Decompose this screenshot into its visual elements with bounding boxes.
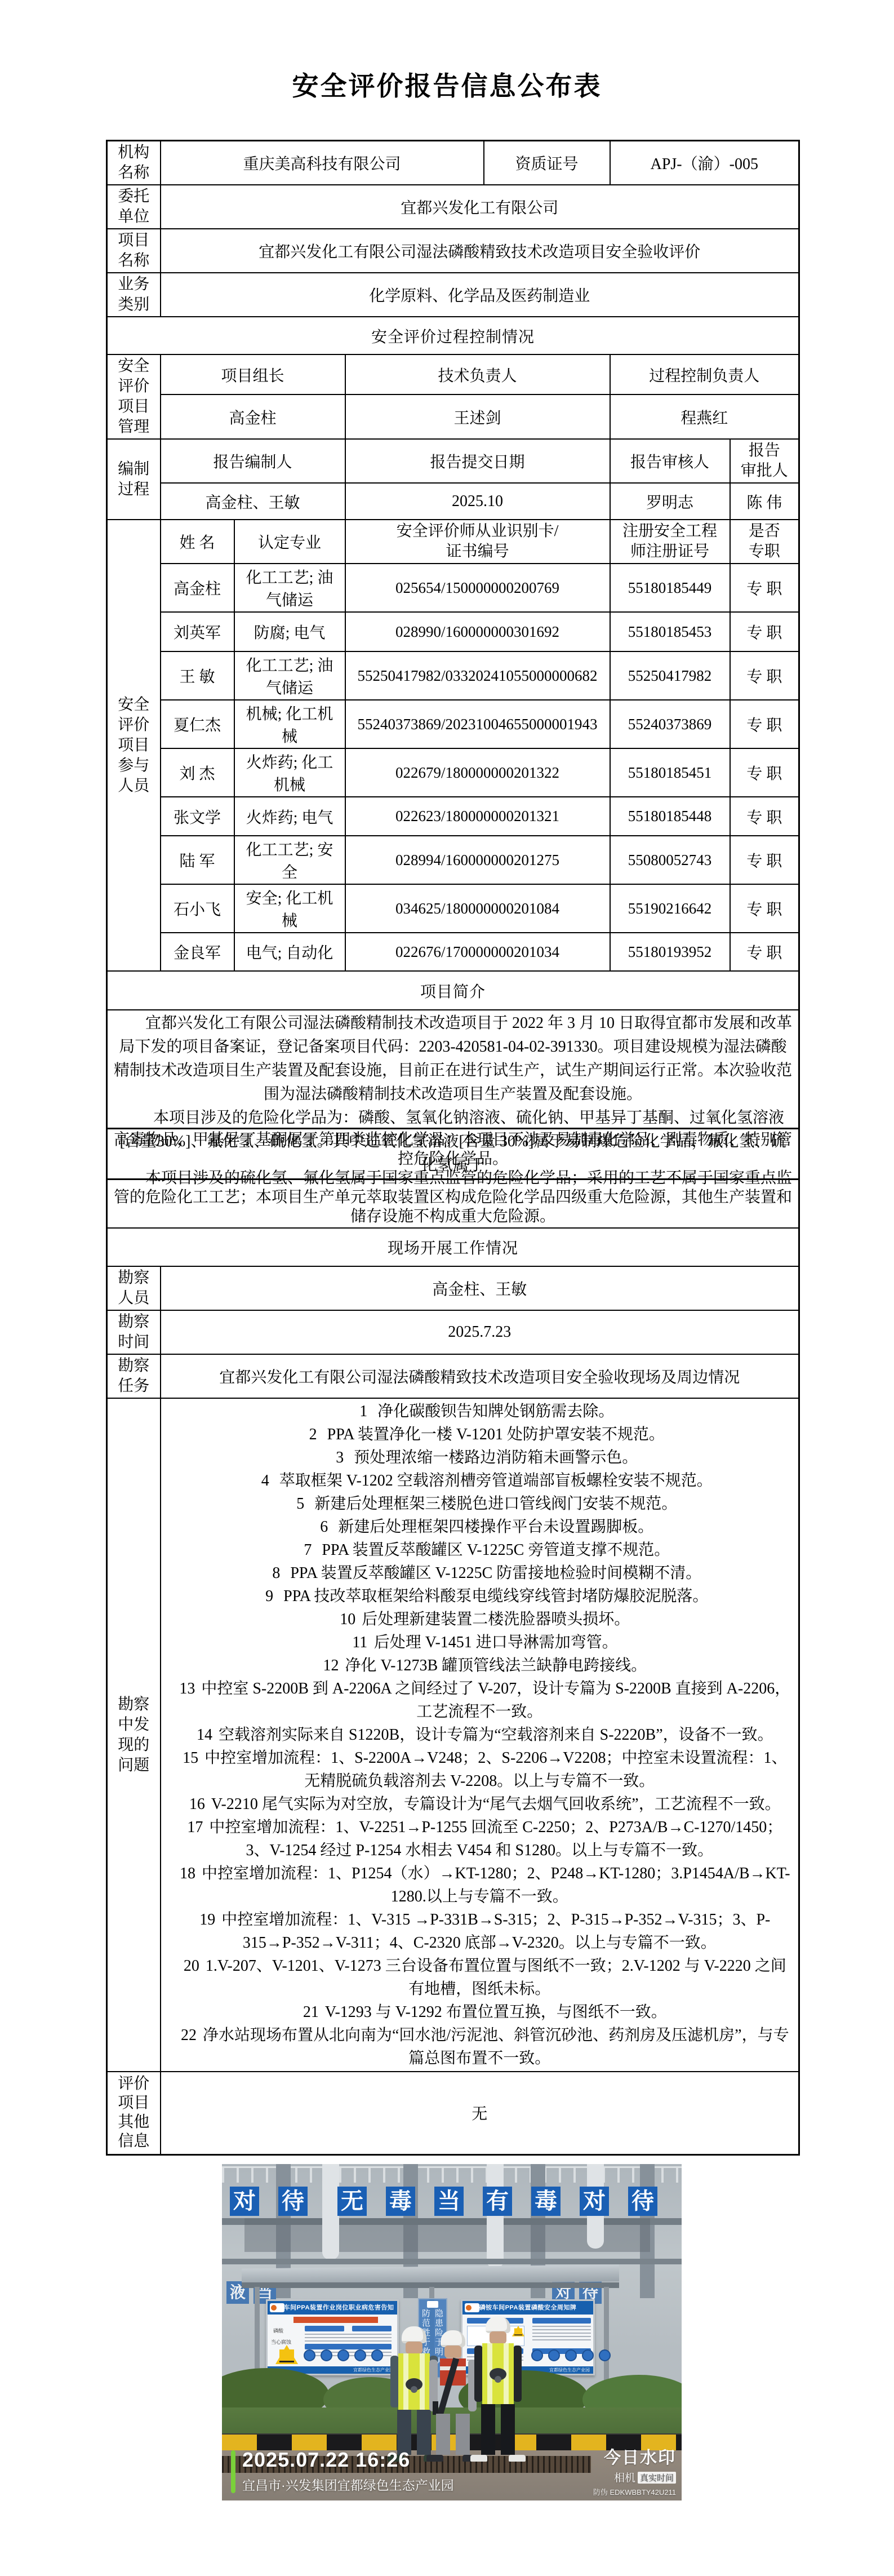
table-row: 勘察 任务 宜都兴发化工有限公司湿法磷酸精致技术改造项目安全验收现场及周边情况 (107, 1354, 799, 1398)
banner-char-tile: 对 (230, 2187, 259, 2216)
other-info-label: 评价 项目 其他 信息 (107, 2072, 161, 2154)
table-row: 委托 单位 宜都兴发化工有限公司 (107, 185, 799, 229)
problem-item: 8PPA 装置反萃酸罐区 V-1225C 防雷接地检验时间模糊不清。 (166, 1562, 794, 1585)
participant-reg: 55180185448 (610, 797, 730, 836)
problem-text: 中控室增加流程：1、V-2251→P-1255 回流至 C-2250；2、P27… (209, 1819, 782, 1859)
participant-major: 电气; 自动化 (234, 933, 345, 971)
participant-card: 034625/180000000201084 (345, 884, 610, 933)
board-right-title-text: 磷铵车间PPA装置磷酸安全周知牌 (479, 2304, 577, 2311)
participant-name: 刘英军 (161, 612, 234, 651)
header-name: 姓 名 (161, 520, 234, 564)
problem-text: V-2210 尾气实际为对空放，专篇设计为“尾气去烟气回收系统”，工艺流程不一致… (211, 1795, 781, 1813)
ppe-icon (321, 2349, 332, 2361)
watermark-badge: 真实时间 (638, 2472, 676, 2484)
problems-label: 勘察 中发 现的 问题 (107, 1398, 161, 2072)
problem-text: 中控室 S-2200B 到 A-2206A 之间经过了 V-207，设计专篇为 … (201, 1680, 790, 1721)
problem-number: 14 (186, 1723, 219, 1746)
val-date: 2025.10 (345, 483, 610, 520)
header-reg: 注册安全工程 师注册证号 (610, 520, 730, 564)
problem-item: 11后处理 V-1451 进口导淋需加弯管。 (166, 1631, 794, 1654)
survey-time-label: 勘察 时间 (107, 1310, 161, 1354)
participant-name: 王 敏 (161, 651, 234, 700)
leg (456, 2414, 470, 2455)
intro-p3: 高毒物品，甲基异丁基酮属于第四类监控化学品；本项目不涉及易制毒化学品、剧毒物质、… (112, 1130, 794, 1169)
company-logo-icon (427, 2301, 438, 2308)
participants-header-row: 安全 评价 项目 参与 人员 姓 名 认定专业 安全评价师从业识别卡/ 证书编号… (107, 520, 799, 564)
leg (436, 2414, 450, 2455)
banner-char-tile: 毒 (531, 2187, 561, 2216)
val-leader: 高金柱 (161, 394, 345, 439)
biz-type-value: 化学原料、化学品及医药制造业 (161, 273, 799, 317)
face (444, 2346, 461, 2358)
ppe-icon (599, 2349, 611, 2361)
problem-number: 17 (176, 1816, 209, 1839)
steel-beam (222, 2259, 682, 2264)
participant-major: 化工工艺; 油气储运 (234, 651, 345, 700)
problem-text: 空载溶剂实际来自 S1220B，设计专篇为“空载溶剂来自 S-2220B”，设备… (219, 1726, 773, 1744)
table-row: 机构 名称 重庆美高科技有限公司 资质证号 APJ-（渝）-005 (107, 141, 799, 185)
problem-text: 预处理浓缩一楼路边消防箱未画警示色。 (354, 1449, 638, 1466)
ppe-icon (548, 2349, 560, 2361)
table-row: 高金柱 王述剑 程燕红 (107, 394, 799, 439)
participant-fulltime: 专 职 (730, 700, 799, 748)
problem-text: 萃取框架 V-1202 空载溶剂槽旁管道端部盲板螺栓安装不规范。 (279, 1472, 713, 1489)
participant-card: 025654/150000000200769 (345, 564, 610, 612)
arm (474, 2346, 483, 2402)
problem-item: 14空载溶剂实际来自 S1220B，设计专篇为“空载溶剂来自 S-2220B”，… (166, 1723, 794, 1746)
ppe-icon (531, 2349, 543, 2361)
participant-card: 022679/180000000201322 (345, 748, 610, 797)
shoe (509, 2455, 526, 2462)
problem-item: 18中控室增加流程：1、P1254（水）→KT-1280；2、P248→KT-1… (166, 1862, 794, 1908)
problem-number: 2 (295, 1423, 327, 1446)
participant-card: 55250417982/03320241055000000682 (345, 651, 610, 700)
participant-major: 火炸药; 化工机械 (234, 748, 345, 797)
person-right (471, 2316, 525, 2462)
participant-fulltime: 专 职 (730, 564, 799, 612)
arm (513, 2346, 522, 2402)
header-major: 认定专业 (234, 520, 345, 564)
client-value: 宜都兴发化工有限公司 (161, 185, 799, 229)
watermark-code: 防伪 EDKWBBTY42U211 (593, 2486, 676, 2497)
participant-row: 刘英军 防腐; 电气 028990/160000000301692 551801… (107, 612, 799, 651)
problem-number: 1 (345, 1400, 377, 1423)
problem-item: 12净化 V-1273B 罐顶管线法兰缺静电跨接线。 (166, 1654, 794, 1677)
participant-reg: 55180185453 (610, 612, 730, 651)
board-section-bar (532, 2318, 591, 2324)
participant-card: 022676/170000000201034 (345, 933, 610, 971)
participant-name: 金良军 (161, 933, 234, 971)
banner-char-tile: 待 (278, 2187, 308, 2216)
intro-p1: 宜都兴发化工有限公司湿法磷酸精制技术改造项目于 2022 年 3 月 10 日取… (112, 1012, 794, 1106)
problem-number: 4 (247, 1469, 279, 1492)
problem-number: 8 (257, 1562, 290, 1585)
problem-text: 净化 V-1273B 罐顶管线法兰缺静电跨接线。 (345, 1657, 647, 1674)
problem-text: 后处理 V-1451 进口导淋需加弯管。 (374, 1634, 618, 1651)
client-label: 委托 单位 (107, 185, 161, 229)
problem-item: 21V-1293 与 V-1292 布置位置互换，与图纸不一致。 (166, 2001, 794, 2024)
participant-major: 化工工艺; 油气储运 (234, 564, 345, 612)
slogan-banner-left: 对待 (230, 2187, 327, 2216)
problem-item: 13中控室 S-2200B 到 A-2206A 之间经过了 V-207，设计专篇… (166, 1677, 794, 1723)
problem-number: 3 (321, 1446, 354, 1469)
participant-fulltime: 专 职 (730, 836, 799, 884)
project-name-value: 宜都兴发化工有限公司湿法磷酸精致技术改造项目安全验收评价 (161, 229, 799, 273)
table-row: 勘察 人员 高金柱、王敏 (107, 1266, 799, 1310)
problem-number: 16 (179, 1793, 211, 1816)
participant-card: 028994/160000000201275 (345, 836, 610, 884)
company-logo-icon (270, 2303, 284, 2312)
watermark: 今日水印 相机真实时间 防伪 EDKWBBTY42U211 (593, 2444, 676, 2497)
participant-name: 石小飞 (161, 884, 234, 933)
survey-staff-label: 勘察 人员 (107, 1266, 161, 1310)
respirator (490, 2368, 506, 2380)
participant-row: 石小飞 安全; 化工机械 034625/180000000201084 5519… (107, 884, 799, 933)
col-approver: 报告 审批人 (730, 439, 799, 483)
face (406, 2342, 422, 2354)
problem-text: 新建后处理框架三楼脱色进口管线阀门安装不规范。 (314, 1495, 677, 1513)
org-name-label: 机构 名称 (107, 141, 161, 185)
table-row: 高金柱、王敏 2025.10 罗明志 陈 伟 (107, 483, 799, 520)
problem-number: 21 (292, 2001, 325, 2024)
col-author: 报告编制人 (161, 439, 345, 483)
torso (429, 2357, 477, 2414)
col-control: 过程控制负责人 (610, 354, 799, 394)
problem-number: 22 (170, 2024, 203, 2047)
participant-name: 高金柱 (161, 564, 234, 612)
participant-reg: 55180185451 (610, 748, 730, 797)
problem-item: 17中控室增加流程：1、V-2251→P-1255 回流至 C-2250；2、P… (166, 1816, 794, 1862)
leg (501, 2404, 515, 2455)
safety-helmet (402, 2326, 426, 2343)
watermark-sub: 相机 (614, 2472, 635, 2484)
banner-char-tile: 毒 (386, 2187, 415, 2216)
participant-reg: 55180193952 (610, 933, 730, 971)
participant-fulltime: 专 职 (730, 797, 799, 836)
participant-fulltime: 专 职 (730, 884, 799, 933)
slogan-banner-main: 无毒当有毒对待 (337, 2187, 677, 2216)
col-reviewer: 报告审核人 (610, 439, 730, 483)
problem-item: 2PPA 装置净化一楼 V-1201 处防护罩安装不规范。 (166, 1423, 794, 1446)
survey-task-value: 宜都兴发化工有限公司湿法磷酸精致技术改造项目安全验收现场及周边情况 (161, 1354, 799, 1398)
board-text-lines (532, 2326, 591, 2343)
participant-reg: 55250417982 (610, 651, 730, 700)
problem-item: 19中控室增加流程：1、V-315 →P-331B→S-315；2、P-315→… (166, 1908, 794, 1954)
photo-timestamp: 2025.07.22 16:26 (242, 2448, 410, 2472)
ppe-icon (354, 2349, 366, 2361)
problem-item: 9PPA 技改萃取框架给料酸泵电缆线穿线管封堵防爆胶泥脱落。 (166, 1585, 794, 1608)
problem-text: PPA 装置反萃酸罐区 V-1225C 旁管道支撑不规范。 (322, 1541, 670, 1559)
participant-card: 028990/160000000301692 (345, 612, 610, 651)
participant-fulltime: 专 职 (730, 651, 799, 700)
participant-row: 陆 军 化工工艺; 安全 028994/160000000201275 5508… (107, 836, 799, 884)
problem-item: 1净化碳酸钡告知牌处钢筋需去除。 (166, 1400, 794, 1423)
problem-number: 11 (341, 1631, 374, 1654)
section-header-row: 安全评价过程控制情况 (107, 317, 799, 354)
problem-text: 中控室增加流程：1、P1254（水）→KT-1280；2、P248→KT-128… (202, 1865, 790, 1905)
pipe (487, 2164, 504, 2268)
problem-text: V-1293 与 V-1292 布置位置互换，与图纸不一致。 (325, 2003, 667, 2021)
survey-time-value: 2025.7.23 (161, 1310, 799, 1354)
participant-fulltime: 专 职 (730, 748, 799, 797)
board-right-title: 磷铵车间PPA装置磷酸安全周知牌 (462, 2301, 593, 2315)
ppe-icon (337, 2349, 349, 2361)
report-table-page2: 高毒物品，甲基异丁基酮属于第四类监控化学品；本项目不涉及易制毒化学品、剧毒物质、… (106, 1128, 800, 2156)
intro-section-header: 项目简介 (107, 971, 799, 1010)
problem-text: PPA 装置净化一楼 V-1201 处防护罩安装不规范。 (327, 1426, 665, 1443)
participant-card: 55240373869/20231004655000001943 (345, 700, 610, 748)
problem-number: 13 (168, 1677, 201, 1700)
participant-major: 机械; 化工机械 (234, 700, 345, 748)
participant-row: 刘 杰 火炸药; 化工机械 022679/180000000201322 551… (107, 748, 799, 797)
participant-row: 金良军 电气; 自动化 022676/170000000201034 55180… (107, 933, 799, 971)
banner-char-tile: 当 (434, 2187, 464, 2216)
participant-fulltime: 专 职 (730, 612, 799, 651)
val-author: 高金柱、王敏 (161, 483, 345, 520)
problem-text: 中控室增加流程：1、V-315 →P-331B→S-315；2、P-315→P-… (221, 1911, 770, 1952)
problem-item: 3预处理浓缩一楼路边消防箱未画警示色。 (166, 1446, 794, 1469)
participants-label: 安全 评价 项目 参与 人员 (107, 520, 161, 971)
participant-fulltime: 专 职 (730, 933, 799, 971)
corrosion-warning-icon (275, 2345, 298, 2364)
torso (474, 2343, 522, 2404)
problem-number: 10 (329, 1608, 362, 1631)
board-left-red-bar (293, 2317, 378, 2323)
ppe-icon-row (531, 2349, 616, 2364)
process-section-header: 安全评价过程控制情况 (107, 317, 799, 354)
mgmt-label: 安全 评价 项目 管理 (107, 354, 161, 439)
board-section-bar (352, 2326, 392, 2331)
table-row: 业务 类别 化学原料、化学品及医药制造业 (107, 273, 799, 317)
section-header-row: 现场开展工作情况 (107, 1228, 799, 1266)
participant-name: 刘 杰 (161, 748, 234, 797)
biz-type-label: 业务 类别 (107, 273, 161, 317)
ppe-icon-row (304, 2349, 388, 2364)
photo-location: 宜昌市·兴发集团宜都绿色生态产业园 (242, 2475, 454, 2494)
board-left-title: 磷铵车间PPA装置作业岗位职业病危害告知牌 (268, 2301, 397, 2315)
problem-text: 后处理新建装置二楼洗脸器喷头损坏。 (362, 1611, 630, 1628)
problem-number: 15 (172, 1746, 204, 1770)
railing (222, 2166, 682, 2183)
problem-text: PPA 技改萃取框架给料酸泵电缆线穿线管封堵防爆胶泥脱落。 (283, 1588, 708, 1605)
watermark-title: 今日水印 (593, 2444, 676, 2468)
page-title: 安全评价报告信息公布表 (0, 65, 894, 103)
survey-task-label: 勘察 任务 (107, 1354, 161, 1398)
notice-board-left: 磷铵车间PPA装置作业岗位职业病危害告知牌 磷酸 当心腐蚀 宜都绿色生态产业园 (266, 2299, 399, 2375)
site-section-header: 现场开展工作情况 (107, 1228, 799, 1266)
val-control: 程燕红 (610, 394, 799, 439)
board-text-lines (305, 2334, 392, 2342)
table-row: 高毒物品，甲基异丁基酮属于第四类监控化学品；本项目不涉及易制毒化学品、剧毒物质、… (107, 1129, 799, 1229)
banner-char-tile: 有 (483, 2187, 512, 2216)
header-fulltime: 是否 专职 (730, 520, 799, 564)
col-date: 报告提交日期 (345, 439, 610, 483)
problem-item: 5新建后处理框架三楼脱色进口管线阀门安装不规范。 (166, 1492, 794, 1515)
problem-number: 5 (282, 1492, 314, 1515)
board-section-bar (305, 2326, 344, 2331)
participant-row: 高金柱 化工工艺; 油气储运 025654/150000000200769 55… (107, 564, 799, 612)
report-table-page1: 机构 名称 重庆美高科技有限公司 资质证号 APJ-（渝）-005 委托 单位 … (106, 140, 800, 1180)
col-leader: 项目组长 (161, 354, 345, 394)
table-row: 编制 过程 报告编制人 报告提交日期 报告审核人 报告 审批人 (107, 439, 799, 483)
table-row: 评价 项目 其他 信息 无 (107, 2072, 799, 2154)
problem-number: 18 (169, 1862, 202, 1885)
shoe (470, 2455, 487, 2462)
problem-text: 净化碳酸钡告知牌处钢筋需去除。 (377, 1403, 614, 1420)
table-row: 项目 名称 宜都兴发化工有限公司湿法磷酸精致技术改造项目安全验收评价 (107, 229, 799, 273)
leg (481, 2404, 495, 2455)
participant-name: 夏仁杰 (161, 700, 234, 748)
site-photo: 对待 无毒当有毒对待 液当 对待 磷铵车间PPA装置作业岗位职业病危害告知牌 磷… (222, 2164, 682, 2500)
participant-name: 陆 军 (161, 836, 234, 884)
participant-major: 防腐; 电气 (234, 612, 345, 651)
problem-text: 1.V-207、V-1201、V-1273 三台设备布置位置与图纸不一致；2.V… (206, 1957, 786, 1998)
problem-number: 7 (289, 1538, 322, 1562)
problems-list: 1净化碳酸钡告知牌处钢筋需去除。 2PPA 装置净化一楼 V-1201 处防护罩… (161, 1398, 799, 2072)
board-left-chemical-label: 磷酸 (273, 2327, 283, 2334)
ppe-icon (304, 2349, 315, 2361)
ppe-icon (582, 2349, 594, 2361)
banner-char-tile: 对 (580, 2187, 609, 2216)
intro-paragraph-part2: 高毒物品，甲基异丁基酮属于第四类监控化学品；本项目不涉及易制毒化学品、剧毒物质、… (107, 1129, 799, 1229)
problem-item: 16V-2210 尾气实际为对空放，专篇设计为“尾气去烟气回收系统”，工艺流程不… (166, 1793, 794, 1816)
problem-text: PPA 装置反萃酸罐区 V-1225C 防雷接地检验时间模糊不清。 (290, 1564, 701, 1582)
table-row: 勘察 时间 2025.7.23 (107, 1310, 799, 1354)
problem-number: 9 (251, 1585, 283, 1608)
problem-number: 20 (173, 1954, 206, 1978)
banner-char-tile: 无 (337, 2187, 367, 2216)
participant-name: 张文学 (161, 797, 234, 836)
org-name-value: 重庆美高科技有限公司 (161, 141, 484, 185)
project-name-label: 项目 名称 (107, 229, 161, 273)
participant-reg: 55080052743 (610, 836, 730, 884)
problem-number: 6 (305, 1515, 338, 1538)
participant-reg: 55240373869 (610, 700, 730, 748)
participant-row: 王 敏 化工工艺; 油气储运 55250417982/0332024105500… (107, 651, 799, 700)
face (490, 2331, 506, 2344)
safety-helmet (486, 2316, 510, 2333)
ppe-icon (565, 2349, 577, 2361)
problem-text: 净水站现场布置从北向南为“回水池/污泥池、斜管沉砂池、药剂房及压滤机房”，与专篇… (203, 2027, 789, 2067)
problem-number: 12 (312, 1654, 345, 1677)
participant-row: 夏仁杰 机械; 化工机械 55240373869/202310046550000… (107, 700, 799, 748)
problem-item: 22净水站现场布置从北向南为“回水池/污泥池、斜管沉砂池、药剂房及压滤机房”，与… (166, 2024, 794, 2070)
table-row: 安全 评价 项目 管理 项目组长 技术负责人 过程控制负责人 (107, 354, 799, 394)
watermark-subrow: 相机真实时间 (593, 2469, 676, 2485)
participant-major: 火炸药; 电气 (234, 797, 345, 836)
participant-major: 化工工艺; 安全 (234, 836, 345, 884)
document-page: 安全评价报告信息公布表 机构 名称 重庆美高科技有限公司 资质证号 APJ-（渝… (0, 0, 894, 2576)
board-left-title-text: 磷铵车间PPA装置作业岗位职业病危害告知牌 (271, 2304, 394, 2315)
problem-text: 中控室增加流程：1、S-2200A→V248；2、S-2206→V2208；中控… (204, 1749, 787, 1790)
participant-reg: 55190216642 (610, 884, 730, 933)
problem-item: 201.V-207、V-1201、V-1273 三台设备布置位置与图纸不一致；2… (166, 1954, 794, 2001)
problem-number: 19 (189, 1908, 221, 1931)
participant-major: 安全; 化工机械 (234, 884, 345, 933)
table-row: 勘察 中发 现的 问题 1净化碳酸钡告知牌处钢筋需去除。 2PPA 装置净化一楼… (107, 1398, 799, 2072)
board-section-bar (305, 2344, 392, 2349)
section-header-row: 项目简介 (107, 971, 799, 1010)
participant-row: 张文学 火炸药; 电气 022623/180000000201321 55180… (107, 797, 799, 836)
cert-no-label: 资质证号 (484, 141, 610, 185)
safety-helmet (441, 2330, 465, 2347)
cert-no-value: APJ-（渝）-005 (610, 141, 799, 185)
problem-item: 6新建后处理框架四楼操作平台未设置踢脚板。 (166, 1515, 794, 1538)
banner-char-tile: 待 (628, 2187, 657, 2216)
shoe (426, 2455, 443, 2462)
timestamp-accent-bar (231, 2450, 235, 2493)
problem-item: 10后处理新建装置二楼洗脸器喷头损坏。 (166, 1608, 794, 1631)
problem-item: 4萃取框架 V-1202 空载溶剂槽旁管道端部盲板螺栓安装不规范。 (166, 1469, 794, 1492)
survey-staff-value: 高金柱、王敏 (161, 1266, 799, 1310)
legs (435, 2414, 471, 2455)
problem-item: 15中控室增加流程：1、S-2200A→V248；2、S-2206→V2208；… (166, 1746, 794, 1793)
header-card: 安全评价师从业识别卡/ 证书编号 (345, 520, 610, 564)
participant-card: 022623/180000000201321 (345, 797, 610, 836)
problem-item: 7PPA 装置反萃酸罐区 V-1225C 旁管道支撑不规范。 (166, 1538, 794, 1562)
company-logo-icon (465, 2303, 479, 2312)
prep-label: 编制 过程 (107, 439, 161, 520)
other-info-value: 无 (161, 2072, 799, 2154)
intro-p4: 本项目涉及的硫化氢、氟化氢属于国家重点监管的危险化学品；采用的工艺不属于国家重点… (112, 1169, 794, 1226)
col-tech: 技术负责人 (345, 354, 610, 394)
legs (480, 2404, 516, 2455)
respirator (406, 2378, 422, 2391)
val-tech: 王述剑 (345, 394, 610, 439)
problem-text: 新建后处理框架四楼操作平台未设置踢脚板。 (338, 1518, 653, 1536)
participant-reg: 55180185449 (610, 564, 730, 612)
ppe-icon (371, 2349, 383, 2361)
val-approver: 陈 伟 (730, 483, 799, 520)
val-reviewer: 罗明志 (610, 483, 730, 520)
walkie-talkie (433, 2401, 438, 2415)
arm (390, 2356, 399, 2407)
